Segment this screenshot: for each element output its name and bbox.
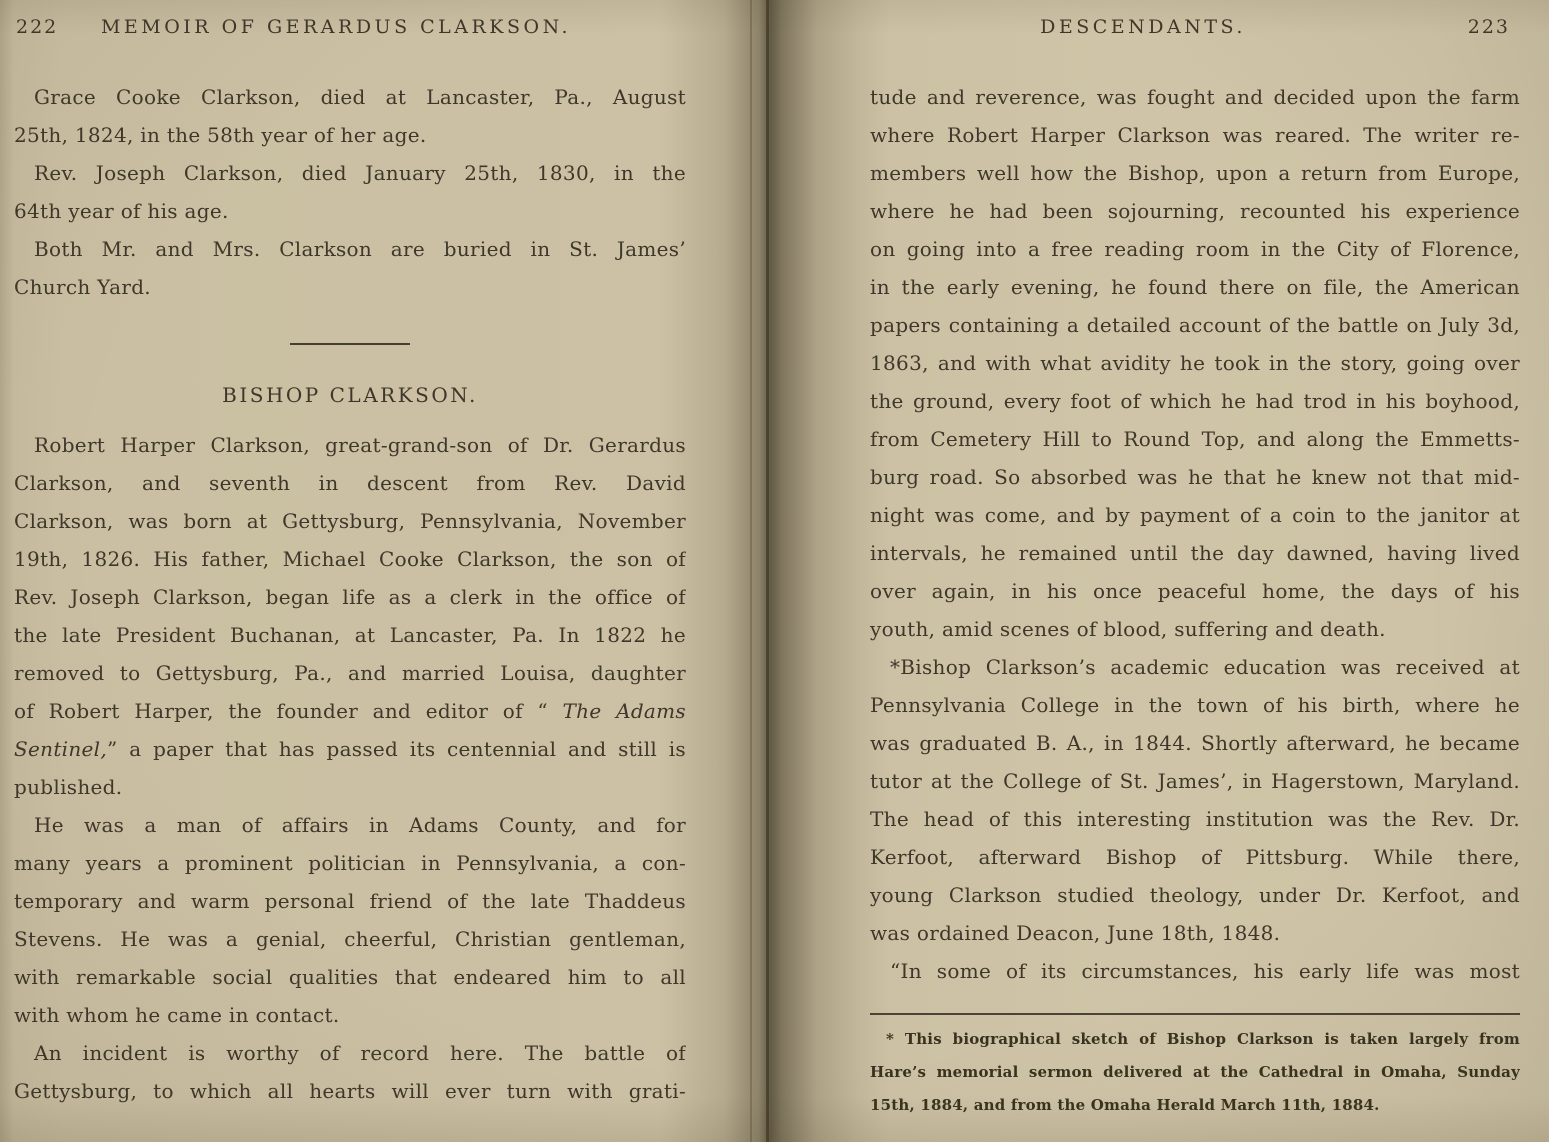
text-line: where he had been sojourning, recounted … — [870, 192, 1520, 230]
text-line: The head of this interesting institution… — [870, 800, 1520, 838]
text-line: Gettysburg, to which all hearts will eve… — [14, 1072, 686, 1110]
text-line: intervals, he remained until the day daw… — [870, 534, 1520, 572]
text-line: Sentinel,” a paper that has passed its c… — [14, 730, 686, 768]
text-line: “In some of its circumstances, his early… — [870, 952, 1520, 990]
text-line: 25th, 1824, in the 58th year of her age. — [14, 116, 686, 154]
text-line: Grace Cooke Clarkson, died at Lancaster,… — [14, 78, 686, 116]
section-divider — [290, 343, 410, 345]
text-line: the ground, every foot of which he had t… — [870, 382, 1520, 420]
text-line: Pennsylvania College in the town of his … — [870, 686, 1520, 724]
right-page: DESCENDANTS. 223 tude and reverence, was… — [870, 16, 1520, 1122]
body-text: Grace Cooke Clarkson, died at Lancaster,… — [14, 78, 686, 306]
book-spread: 222 MEMOIR OF GERARDUS CLARKSON. Grace C… — [0, 0, 1549, 1142]
footnote-line: * This biographical sketch of Bishop Cla… — [870, 1023, 1520, 1056]
italic-text: Sentinel, — [14, 737, 107, 761]
text-line: He was a man of affairs in Adams County,… — [14, 806, 686, 844]
text-line: *Bishop Clarkson’s academic education wa… — [870, 648, 1520, 686]
text-line: 1863, and with what avidity he took in t… — [870, 344, 1520, 382]
text-line: where Robert Harper Clarkson was reared.… — [870, 116, 1520, 154]
running-title: MEMOIR OF GERARDUS CLARKSON. — [101, 16, 571, 38]
plain-text: ” a paper that has passed its centennial… — [107, 737, 686, 761]
italic-text: The Adams — [563, 699, 686, 723]
text-line: Clarkson, was born at Gettysburg, Pennsy… — [14, 502, 686, 540]
text-line: Robert Harper Clarkson, great-grand-son … — [14, 426, 686, 464]
text-line: Both Mr. and Mrs. Clarkson are buried in… — [14, 230, 686, 268]
running-head: 222 MEMOIR OF GERARDUS CLARKSON. — [14, 16, 686, 44]
footnote-line: 15th, 1884, and from the Omaha Herald Ma… — [870, 1089, 1520, 1122]
text-line: with whom he came in contact. — [14, 996, 686, 1034]
text-line: Rev. Joseph Clarkson, began life as a cl… — [14, 578, 686, 616]
text-line: 64th year of his age. — [14, 192, 686, 230]
running-title: DESCENDANTS. — [1040, 16, 1246, 38]
page-number: 222 — [16, 16, 58, 38]
text-line: was graduated B. A., in 1844. Shortly af… — [870, 724, 1520, 762]
running-head: DESCENDANTS. 223 — [870, 16, 1520, 44]
text-line: tude and reverence, was fought and decid… — [870, 78, 1520, 116]
text-line: members well how the Bishop, upon a retu… — [870, 154, 1520, 192]
text-line: temporary and warm personal friend of th… — [14, 882, 686, 920]
text-line: young Clarkson studied theology, under D… — [870, 876, 1520, 914]
book-gutter — [660, 0, 890, 1142]
text-line: the late President Buchanan, at Lancaste… — [14, 616, 686, 654]
footnote-line: Hare’s memorial sermon delivered at the … — [870, 1056, 1520, 1089]
footnote: * This biographical sketch of Bishop Cla… — [870, 1023, 1520, 1122]
text-line: in the early evening, he found there on … — [870, 268, 1520, 306]
footnote-rule — [870, 1013, 1520, 1015]
text-line: papers containing a detailed account of … — [870, 306, 1520, 344]
text-line: published. — [14, 768, 686, 806]
text-line: tutor at the College of St. James’, in H… — [870, 762, 1520, 800]
text-line: Kerfoot, afterward Bishop of Pittsburg. … — [870, 838, 1520, 876]
text-line: night was come, and by payment of a coin… — [870, 496, 1520, 534]
text-line: over again, in his once peaceful home, t… — [870, 572, 1520, 610]
body-text: Robert Harper Clarkson, great-grand-son … — [14, 426, 686, 1110]
text-line: from Cemetery Hill to Round Top, and alo… — [870, 420, 1520, 458]
section-heading: BISHOP CLARKSON. — [14, 375, 686, 415]
text-line: removed to Gettysburg, Pa., and married … — [14, 654, 686, 692]
text-line: Church Yard. — [14, 268, 686, 306]
text-line: 19th, 1826. His father, Michael Cooke Cl… — [14, 540, 686, 578]
text-line: Clarkson, and seventh in descent from Re… — [14, 464, 686, 502]
plain-text: of Robert Harper, the founder and editor… — [14, 699, 563, 723]
text-line: with remarkable social qualities that en… — [14, 958, 686, 996]
text-line: many years a prominent politician in Pen… — [14, 844, 686, 882]
text-line: on going into a free reading room in the… — [870, 230, 1520, 268]
text-line: youth, amid scenes of blood, suffering a… — [870, 610, 1520, 648]
left-page: 222 MEMOIR OF GERARDUS CLARKSON. Grace C… — [14, 16, 686, 1110]
text-line: of Robert Harper, the founder and editor… — [14, 692, 686, 730]
text-line: An incident is worthy of record here. Th… — [14, 1034, 686, 1072]
text-line: Rev. Joseph Clarkson, died January 25th,… — [14, 154, 686, 192]
text-line: Stevens. He was a genial, cheerful, Chri… — [14, 920, 686, 958]
body-text: tude and reverence, was fought and decid… — [870, 78, 1520, 990]
text-line: burg road. So absorbed was he that he kn… — [870, 458, 1520, 496]
page-number: 223 — [1468, 16, 1510, 38]
text-line: was ordained Deacon, June 18th, 1848. — [870, 914, 1520, 952]
